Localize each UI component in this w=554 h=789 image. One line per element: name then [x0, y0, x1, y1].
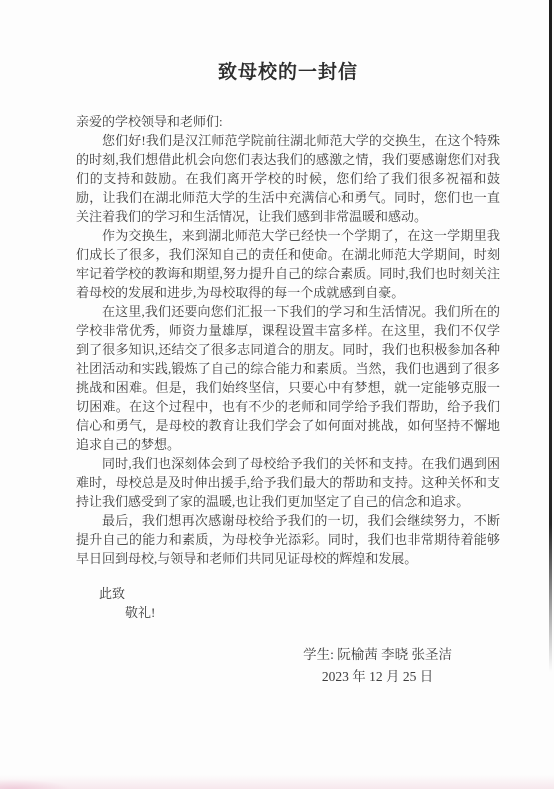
paragraph-exchange-semester: 作为交换生，来到湖北师范大学已经快一个学期了，在这一学期里我们成长了很多，我们深…	[76, 226, 500, 302]
scan-edge-artifact	[549, 0, 552, 672]
signature-date: 2023 年 12 月 25 日	[303, 666, 452, 688]
closing-respectfully: 此致	[99, 584, 500, 603]
signature-block: 学生: 阮榆茜 李晓 张圣洁 2023 年 12 月 25 日	[303, 644, 452, 688]
paragraph-care-support: 同时,我们也深刻体会到了母校给予我们的关怀和支持。在我们遇到困难时，母校总是及时…	[76, 454, 500, 511]
paragraph-study-life-report: 在这里,我们还要向您们汇报一下我们的学习和生活情况。我们所在的学校非常优秀，师资…	[76, 302, 500, 454]
scanned-letter-page: 致母校的一封信 亲爱的学校领导和老师们: 您们好!我们是汉江师范学院前往湖北师范…	[0, 0, 554, 789]
closing-salute: 敬礼!	[125, 603, 500, 622]
signature-students: 学生: 阮榆茜 李晓 张圣洁	[303, 644, 452, 666]
letter-body: 致母校的一封信 亲爱的学校领导和老师们: 您们好!我们是汉江师范学院前往湖北师范…	[76, 0, 500, 688]
paragraph-final-thanks: 最后，我们想再次感谢母校给予我们的一切，我们会继续努力，不断提升自己的能力和素质…	[76, 511, 500, 568]
scan-corner-smudge-artifact	[0, 779, 70, 789]
letter-title: 致母校的一封信	[76, 60, 500, 85]
salutation: 亲爱的学校领导和老师们:	[76, 112, 500, 131]
paragraph-greeting-thanks: 您们好!我们是汉江师范学院前往湖北师范大学的交换生，在这个特殊的时刻,我们想借此…	[76, 131, 500, 226]
scan-bottom-tint-artifact	[0, 775, 554, 789]
